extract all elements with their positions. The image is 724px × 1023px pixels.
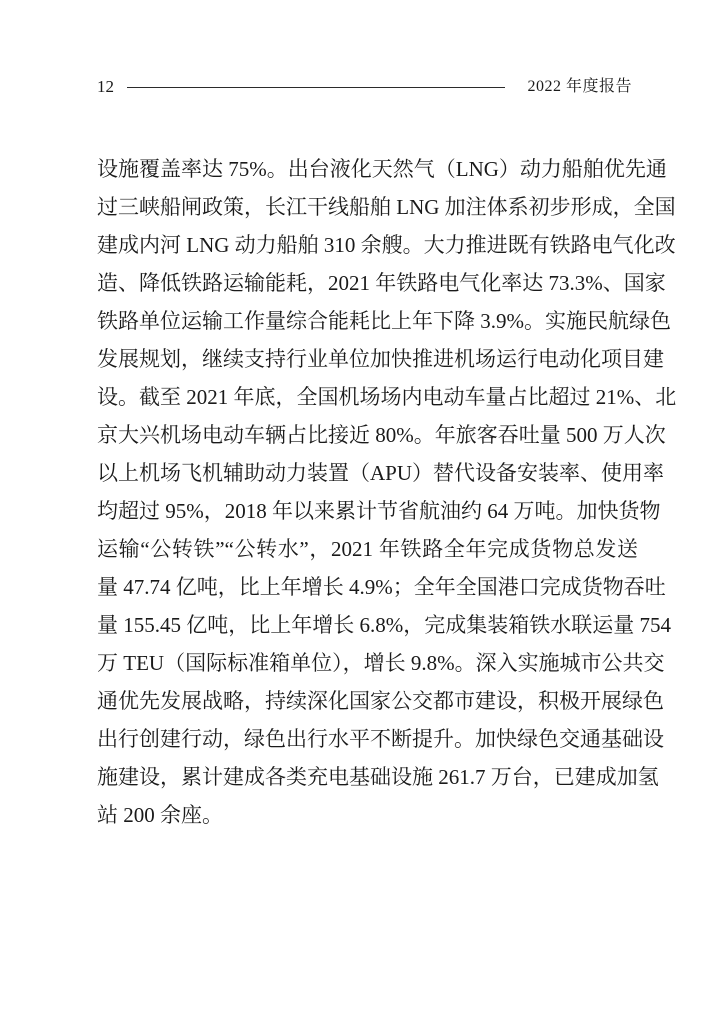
page-header: 12 2022 年度报告 [97,78,632,95]
text-line: 均超过 95%，2018 年以来累计节省航油约 64 万吨。加快货物 [97,492,638,530]
text-line: 设。截至 2021 年底，全国机场场内电动车量占比超过 21%、北 [97,378,638,416]
text-line: 发展规划，继续支持行业单位加快推进机场运行电动化项目建 [97,340,638,378]
text-line: 造、降低铁路运输能耗，2021 年铁路电气化率达 73.3%、国家 [97,264,638,302]
text-line: 运输“公转铁”“公转水”，2021 年铁路全年完成货物总发送 [97,530,638,568]
text-line: 铁路单位运输工作量综合能耗比上年下降 3.9%。实施民航绿色 [97,302,638,340]
text-line: 以上机场飞机辅助动力装置（APU）替代设备安装率、使用率 [97,454,638,492]
text-line: 通优先发展战略，持续深化国家公交都市建设，积极开展绿色 [97,682,638,720]
report-title: 2022 年度报告 [527,79,632,95]
text-line: 站 200 余座。 [97,796,638,834]
body-paragraph: 设施覆盖率达 75%。出台液化天然气（LNG）动力船舶优先通 过三峡船闸政策，长… [97,150,638,834]
text-line: 建成内河 LNG 动力船舶 310 余艘。大力推进既有铁路电气化改 [97,226,638,264]
text-line: 设施覆盖率达 75%。出台液化天然气（LNG）动力船舶优先通 [97,150,638,188]
text-line: 出行创建行动，绿色出行水平不断提升。加快绿色交通基础设 [97,720,638,758]
text-line: 万 TEU（国际标准箱单位），增长 9.8%。深入实施城市公共交 [97,644,638,682]
page-number: 12 [97,78,114,95]
report-page: 12 2022 年度报告 设施覆盖率达 75%。出台液化天然气（LNG）动力船舶… [0,0,724,1023]
text-line: 量 47.74 亿吨，比上年增长 4.9%；全年全国港口完成货物吞吐 [97,568,638,606]
text-line: 量 155.45 亿吨，比上年增长 6.8%，完成集装箱铁水联运量 754 [97,606,638,644]
text-line: 京大兴机场电动车辆占比接近 80%。年旅客吞吐量 500 万人次 [97,416,638,454]
header-rule [127,87,505,88]
text-line: 过三峡船闸政策，长江干线船舶 LNG 加注体系初步形成，全国 [97,188,638,226]
text-line: 施建设，累计建成各类充电基础设施 261.7 万台，已建成加氢 [97,758,638,796]
